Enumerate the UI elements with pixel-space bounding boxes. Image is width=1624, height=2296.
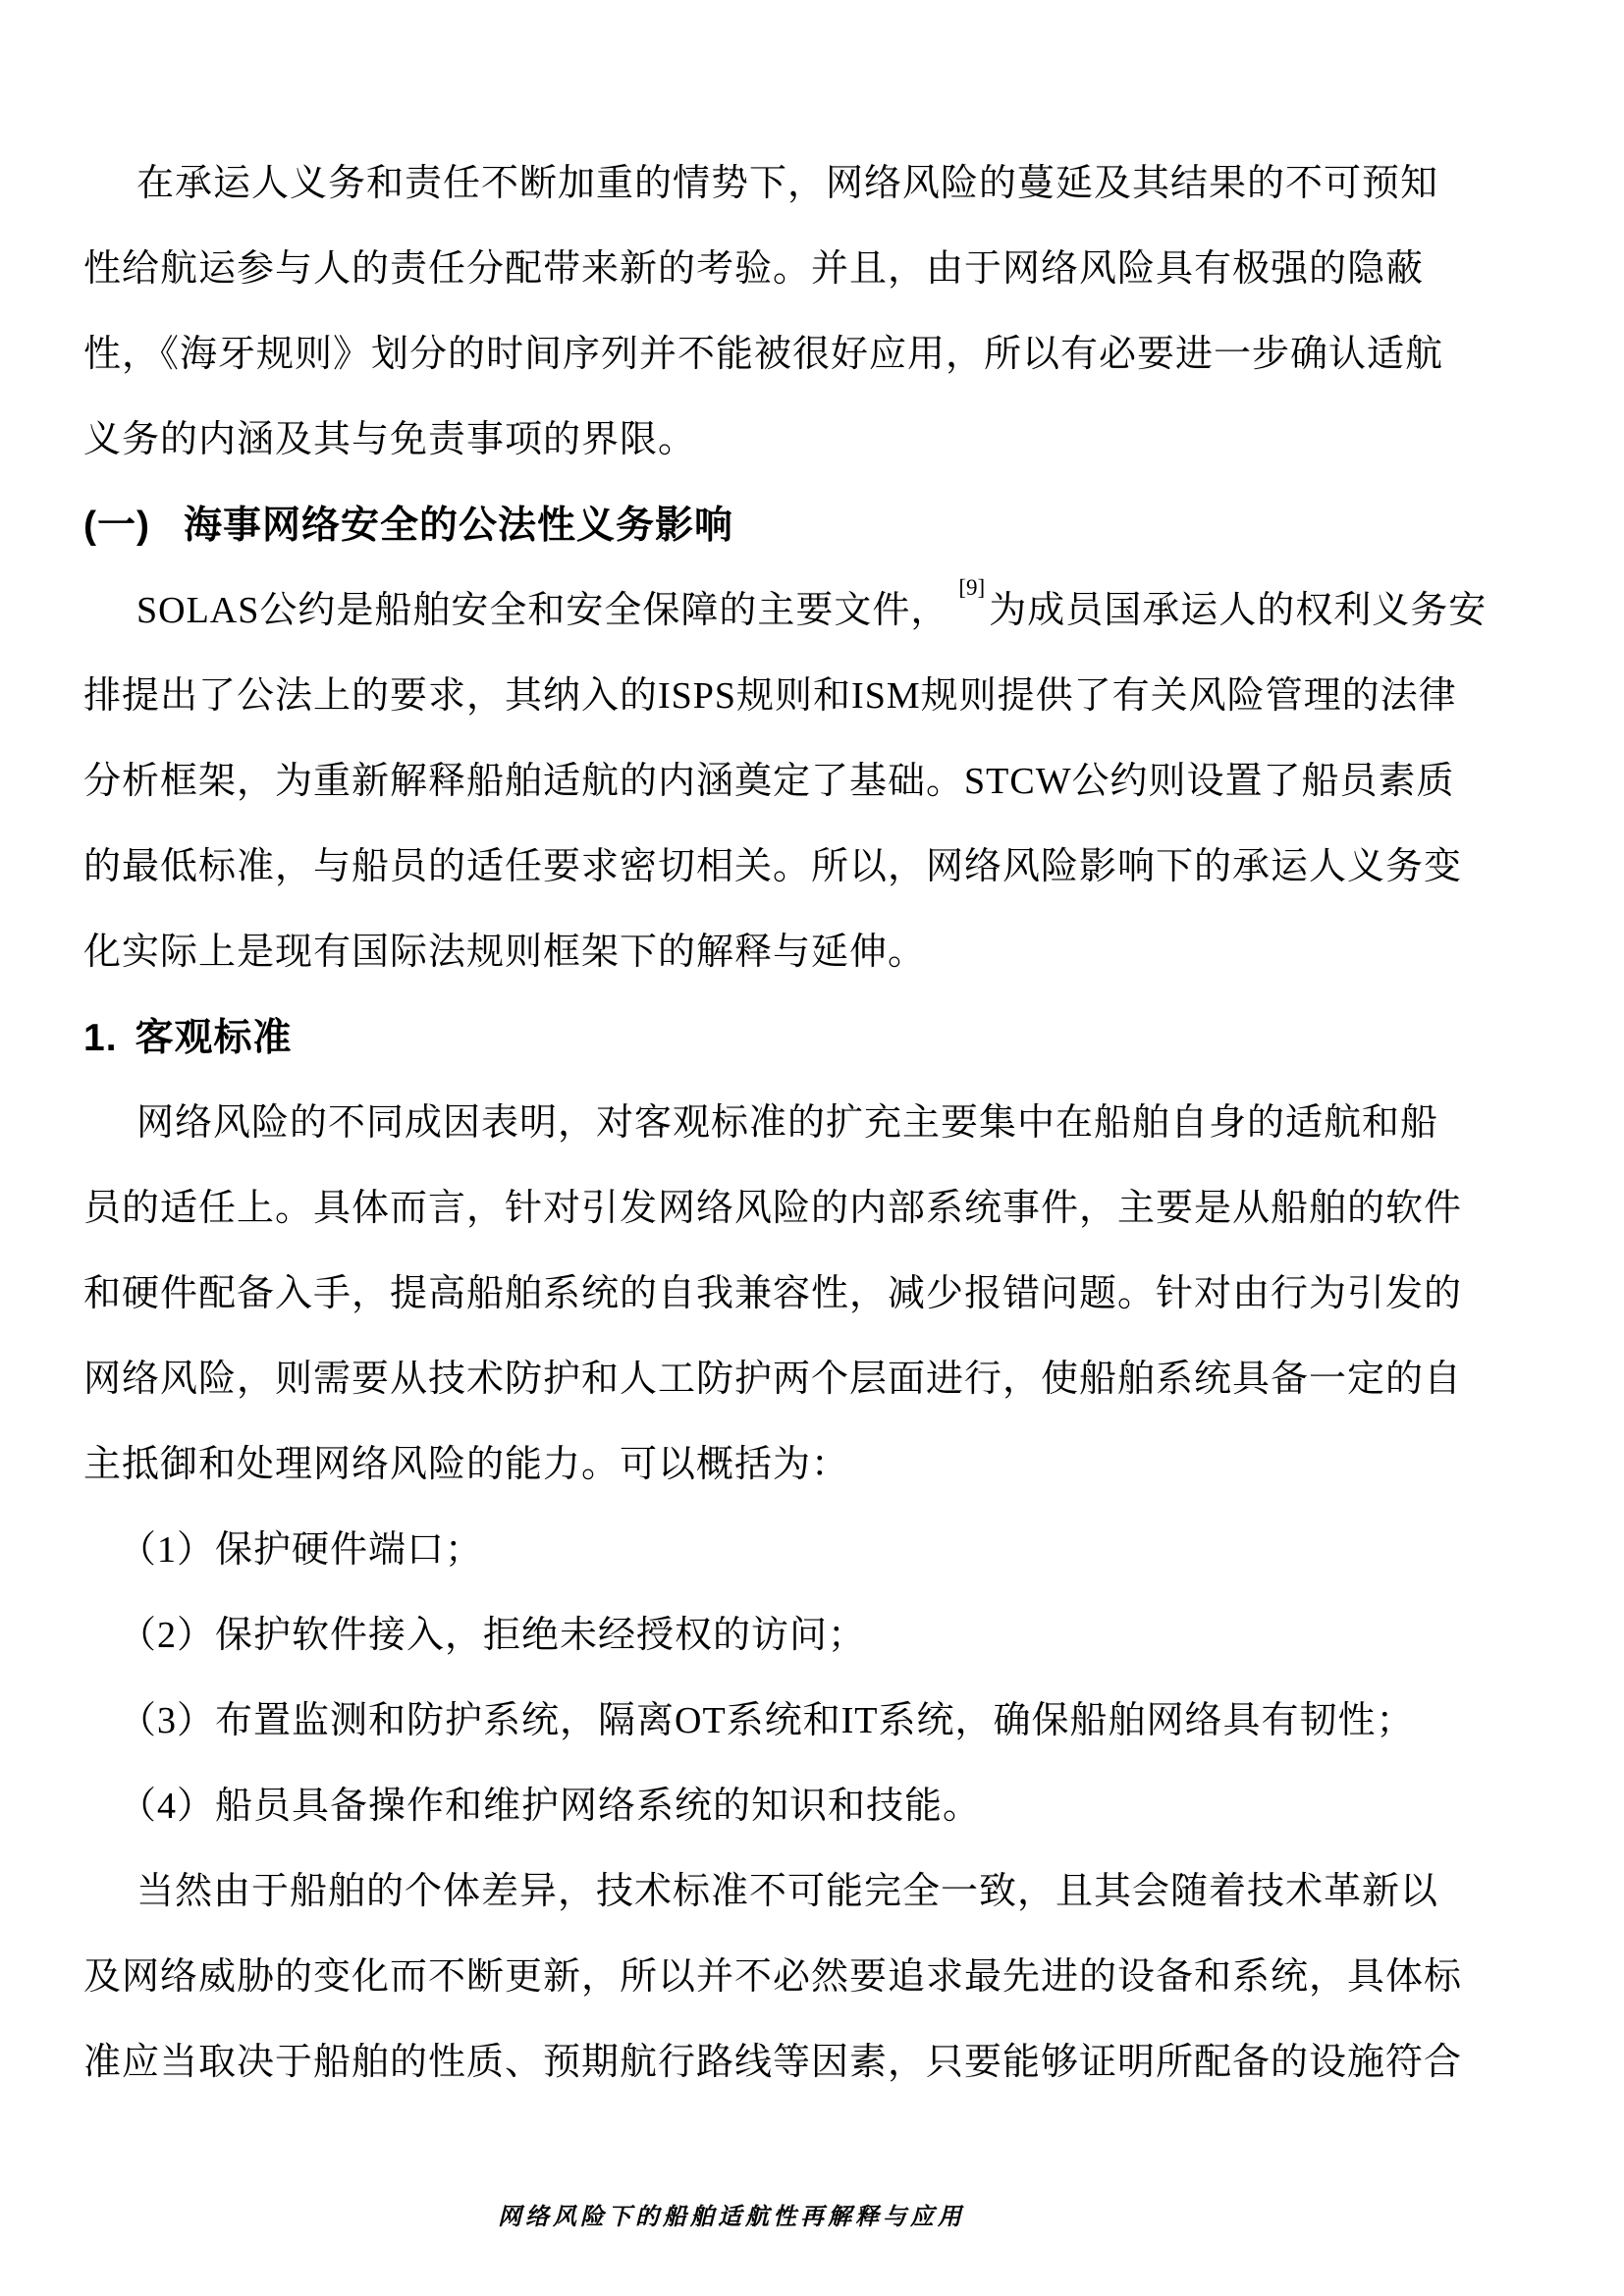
text-line: 网络风险的不同成因表明，对客观标准的扩充主要集中在船舶自身的适航和船	[83, 1081, 1542, 1166]
paragraph-objective-standard: 网络风险的不同成因表明，对客观标准的扩充主要集中在船舶自身的适航和船员的适任上。…	[83, 1081, 1542, 1508]
running-title: 网络风险下的船舶适航性再解释与应用	[498, 2202, 965, 2230]
paragraph-intro: 在承运人义务和责任不断加重的情势下，网络风险的蔓延及其结果的不可预知性给航运参与…	[83, 141, 1542, 483]
text-line: （1）保护硬件端口；	[83, 1508, 1542, 1593]
text-line: 当然由于船舶的个体差异，技术标准不可能完全一致，且其会随着技术革新以	[83, 1849, 1542, 1935]
text-line: （3）布置监测和防护系统，隔离OT系统和IT系统，确保船舶网络具有韧性；	[83, 1679, 1542, 1764]
text-run: SOLAS公约是船舶安全和安全保障的主要文件，	[136, 590, 948, 631]
text-line: （4）船员具备操作和维护网络系统的知识和技能。	[83, 1764, 1542, 1849]
document-page: 在承运人义务和责任不断加重的情势下，网络风险的蔓延及其结果的不可预知性给航运参与…	[0, 0, 1624, 2296]
text-line: （2）保护软件接入，拒绝未经授权的访问；	[83, 1593, 1542, 1679]
page-footer: 网络风险下的船舶适航性再解释与应用	[0, 2197, 1543, 2231]
heading-number: 1.	[83, 1017, 118, 1059]
text-line: 化实际上是现有国际法规则框架下的解释与延伸。	[83, 910, 1542, 995]
text-line: 在承运人义务和责任不断加重的情势下，网络风险的蔓延及其结果的不可预知	[83, 141, 1542, 227]
heading-number: (一)	[83, 505, 150, 547]
text-line: 和硬件配备入手，提高船舶系统的自我兼容性，减少报错问题。针对由行为引发的	[83, 1252, 1542, 1337]
paragraph-continuation: 排提出了公法上的要求，其纳入的ISPS规则和ISM规则提供了有关风险管理的法律分…	[83, 654, 1542, 995]
text-line: 主抵御和处理网络风险的能力。可以概括为：	[83, 1422, 1542, 1508]
text-line: 性，《海牙规则》划分的时间序列并不能被很好应用，所以有必要进一步确认适航	[83, 312, 1542, 398]
heading-title: 海事网络安全的公法性义务影响	[184, 505, 733, 547]
section-heading-public-law: (一)海事网络安全的公法性义务影响	[83, 483, 1542, 568]
text-line: 员的适任上。具体而言，针对引发网络风险的内部系统事件，主要是从船舶的软件	[83, 1166, 1542, 1252]
footnote-reference-9[interactable]: [9]	[948, 575, 989, 600]
paragraph-conclusion: 当然由于船舶的个体差异，技术标准不可能完全一致，且其会随着技术革新以及网络威胁的…	[83, 1849, 1542, 2106]
section-heading-objective-standard: 1.客观标准	[83, 995, 1542, 1081]
text-line: 性给航运参与人的责任分配带来新的考验。并且，由于网络风险具有极强的隐蔽	[83, 227, 1542, 312]
text-line: 及网络威胁的变化而不断更新，所以并不必然要追求最先进的设备和系统，具体标	[83, 1935, 1542, 2020]
text-line: 网络风险，则需要从技术防护和人工防护两个层面进行，使船舶系统具备一定的自	[83, 1337, 1542, 1422]
paragraph-solas: SOLAS公约是船舶安全和安全保障的主要文件，[9]为成员国承运人的权利义务安 …	[83, 568, 1542, 995]
text-line: 排提出了公法上的要求，其纳入的ISPS规则和ISM规则提供了有关风险管理的法律	[83, 654, 1542, 739]
text-line: 分析框架，为重新解释船舶适航的内涵奠定了基础。STCW公约则设置了船员素质	[83, 739, 1542, 825]
text-line: 准应当取决于船舶的性质、预期航行路线等因素，只要能够证明所配备的设施符合	[83, 2020, 1542, 2106]
heading-title: 客观标准	[135, 1017, 293, 1059]
numbered-list: （1）保护硬件端口；（2）保护软件接入，拒绝未经授权的访问；（3）布置监测和防护…	[83, 1508, 1542, 1849]
text-line: 的最低标准，与船员的适任要求密切相关。所以，网络风险影响下的承运人义务变	[83, 825, 1542, 910]
page-body: 在承运人义务和责任不断加重的情势下，网络风险的蔓延及其结果的不可预知性给航运参与…	[83, 141, 1542, 2106]
text-line: SOLAS公约是船舶安全和安全保障的主要文件，[9]为成员国承运人的权利义务安	[83, 568, 1542, 654]
text-run: 为成员国承运人的权利义务安	[989, 590, 1487, 631]
text-line: 义务的内涵及其与免责事项的界限。	[83, 398, 1542, 483]
